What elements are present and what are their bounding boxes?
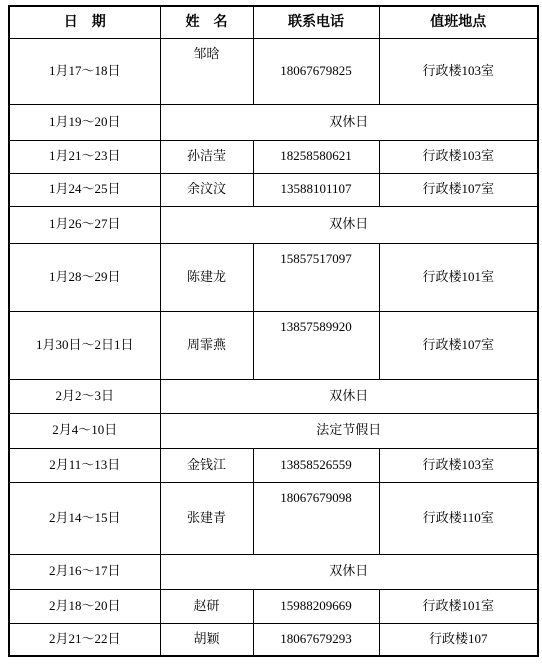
table-row-merged: 1月19～20日 双休日 bbox=[9, 104, 538, 140]
cell-date: 1月26～27日 bbox=[9, 206, 160, 243]
cell-name: 陈建龙 bbox=[160, 243, 253, 311]
table-row-merged: 2月2～3日 双休日 bbox=[9, 379, 538, 413]
table-row-merged: 2月16～17日 双休日 bbox=[9, 554, 538, 589]
cell-name: 余汶汶 bbox=[160, 173, 253, 206]
cell-note: 双休日 bbox=[160, 554, 538, 589]
cell-location: 行政楼103室 bbox=[379, 140, 538, 173]
cell-phone: 13588101107 bbox=[253, 173, 379, 206]
cell-phone: 18067679825 bbox=[253, 38, 379, 104]
cell-location: 行政楼107 bbox=[379, 623, 538, 656]
cell-name: 胡颖 bbox=[160, 623, 253, 656]
cell-name: 张建青 bbox=[160, 482, 253, 554]
cell-location: 行政楼103室 bbox=[379, 38, 538, 104]
table-row-merged: 2月4～10日 法定节假日 bbox=[9, 413, 538, 448]
cell-date: 2月16～17日 bbox=[9, 554, 160, 589]
cell-date: 2月4～10日 bbox=[9, 413, 160, 448]
cell-phone: 13858526559 bbox=[253, 448, 379, 482]
cell-name: 邹晗 bbox=[160, 38, 253, 104]
table-row: 2月21～22日 胡颖 18067679293 行政楼107 bbox=[9, 623, 538, 656]
cell-date: 2月2～3日 bbox=[9, 379, 160, 413]
cell-phone: 13857589920 bbox=[253, 311, 379, 379]
cell-date: 1月30日～2日1日 bbox=[9, 311, 160, 379]
cell-phone: 18067679293 bbox=[253, 623, 379, 656]
cell-date: 1月19～20日 bbox=[9, 104, 160, 140]
cell-name: 金钱江 bbox=[160, 448, 253, 482]
cell-location: 行政楼107室 bbox=[379, 173, 538, 206]
table-row: 1月21～23日 孙洁莹 18258580621 行政楼103室 bbox=[9, 140, 538, 173]
table-row: 2月18～20日 赵研 15988209669 行政楼101室 bbox=[9, 589, 538, 623]
header-cell-phone: 联系电话 bbox=[253, 6, 379, 38]
cell-phone: 15857517097 bbox=[253, 243, 379, 311]
table-row: 2月14～15日 张建青 18067679098 行政楼110室 bbox=[9, 482, 538, 554]
cell-note: 法定节假日 bbox=[160, 413, 538, 448]
table-row-merged: 1月26～27日 双休日 bbox=[9, 206, 538, 243]
cell-location: 行政楼110室 bbox=[379, 482, 538, 554]
cell-phone: 18067679098 bbox=[253, 482, 379, 554]
cell-date: 1月17～18日 bbox=[9, 38, 160, 104]
table-row: 1月28～29日 陈建龙 15857517097 行政楼101室 bbox=[9, 243, 538, 311]
header-row: 日 期 姓 名 联系电话 值班地点 bbox=[9, 6, 538, 38]
duty-schedule: 日 期 姓 名 联系电话 值班地点 1月17～18日 邹晗 1806767982… bbox=[8, 5, 539, 657]
duty-schedule-table: 日 期 姓 名 联系电话 值班地点 1月17～18日 邹晗 1806767982… bbox=[8, 5, 539, 657]
header-cell-date: 日 期 bbox=[9, 6, 160, 38]
cell-name: 孙洁莹 bbox=[160, 140, 253, 173]
cell-note: 双休日 bbox=[160, 379, 538, 413]
cell-date: 1月28～29日 bbox=[9, 243, 160, 311]
cell-date: 1月24～25日 bbox=[9, 173, 160, 206]
cell-date: 2月18～20日 bbox=[9, 589, 160, 623]
cell-date: 2月11～13日 bbox=[9, 448, 160, 482]
cell-phone: 18258580621 bbox=[253, 140, 379, 173]
cell-location: 行政楼101室 bbox=[379, 589, 538, 623]
cell-location: 行政楼103室 bbox=[379, 448, 538, 482]
cell-name: 周霏燕 bbox=[160, 311, 253, 379]
cell-location: 行政楼101室 bbox=[379, 243, 538, 311]
cell-note: 双休日 bbox=[160, 206, 538, 243]
table-row: 2月11～13日 金钱江 13858526559 行政楼103室 bbox=[9, 448, 538, 482]
cell-date: 2月14～15日 bbox=[9, 482, 160, 554]
cell-date: 1月21～23日 bbox=[9, 140, 160, 173]
table-row: 1月30日～2日1日 周霏燕 13857589920 行政楼107室 bbox=[9, 311, 538, 379]
cell-location: 行政楼107室 bbox=[379, 311, 538, 379]
cell-phone: 15988209669 bbox=[253, 589, 379, 623]
header-cell-location: 值班地点 bbox=[379, 6, 538, 38]
cell-date: 2月21～22日 bbox=[9, 623, 160, 656]
cell-note: 双休日 bbox=[160, 104, 538, 140]
header-cell-name: 姓 名 bbox=[160, 6, 253, 38]
cell-name: 赵研 bbox=[160, 589, 253, 623]
table-row: 1月17～18日 邹晗 18067679825 行政楼103室 bbox=[9, 38, 538, 104]
table-row: 1月24～25日 余汶汶 13588101107 行政楼107室 bbox=[9, 173, 538, 206]
